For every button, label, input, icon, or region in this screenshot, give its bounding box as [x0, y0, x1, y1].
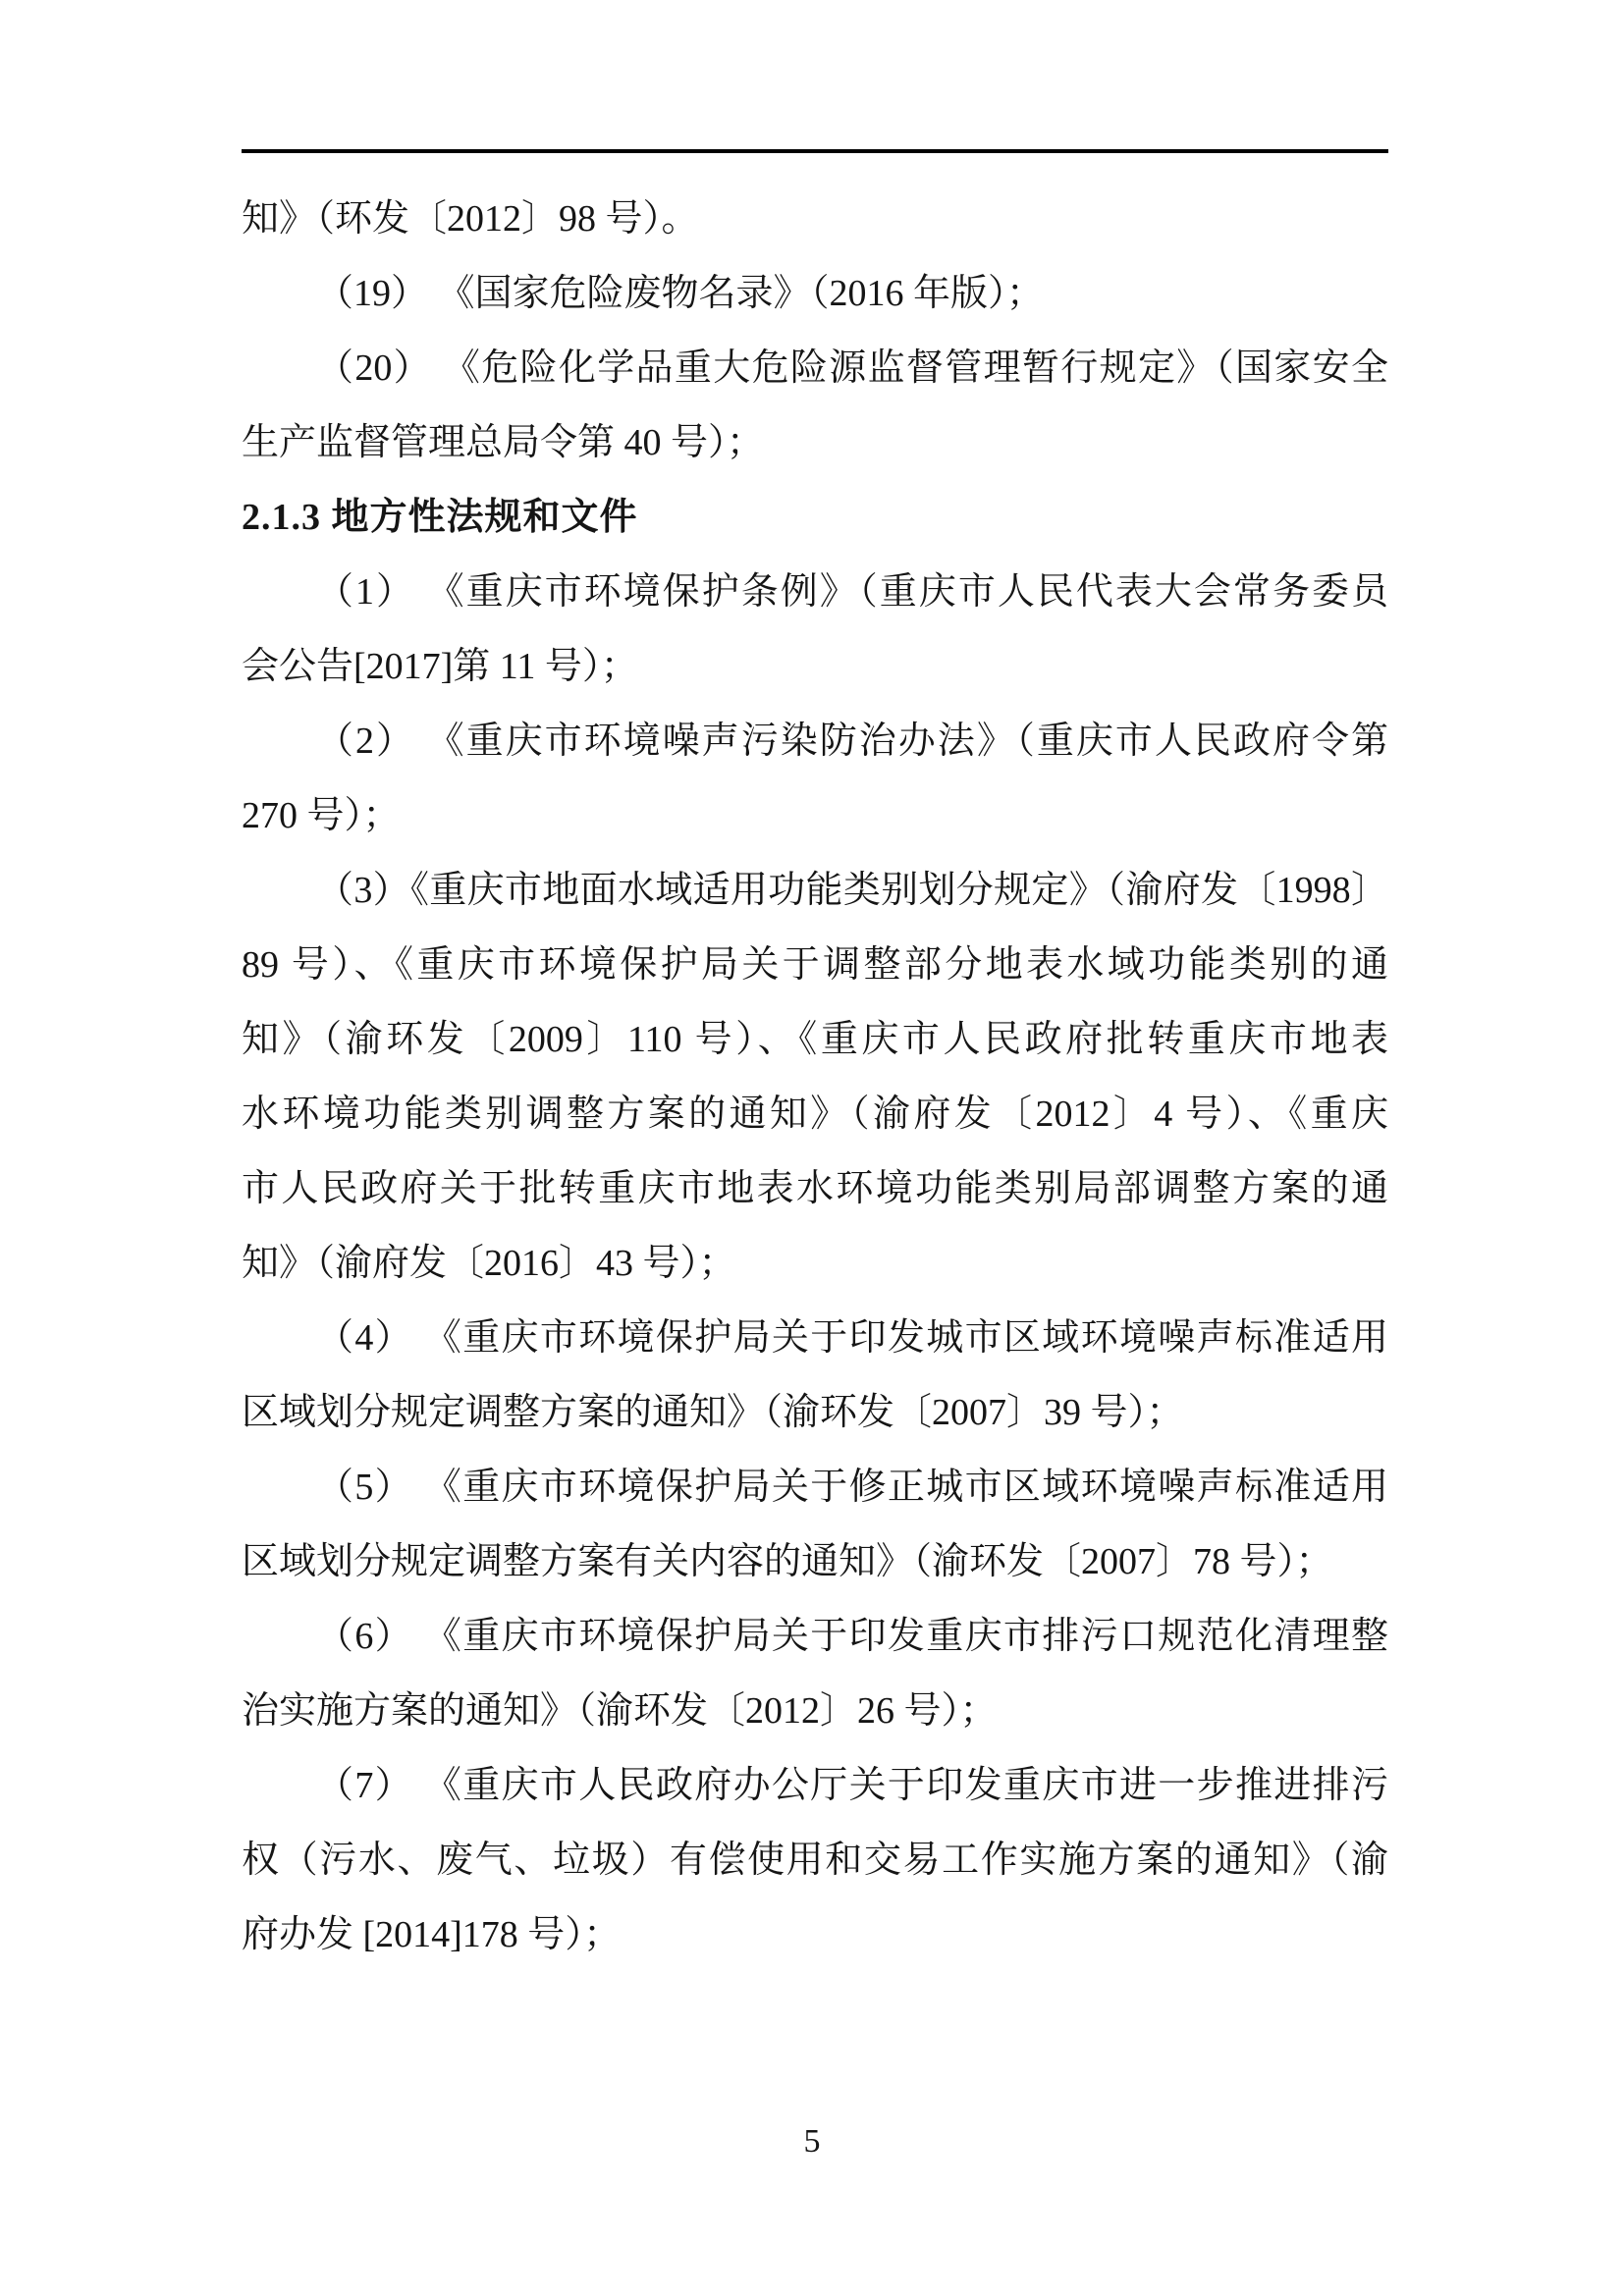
text-line: 知》（环发〔2012〕98 号）。 [242, 182, 1388, 256]
section-heading: 2.1.3 地方性法规和文件 [242, 480, 1388, 555]
text-line: （20） 《危险化学品重大危险源监督管理暂行规定》（国家安全 [242, 331, 1388, 405]
text-line: 区域划分规定调整方案的通知》（渝环发〔2007〕39 号）； [242, 1375, 1388, 1450]
text-line: （3）《重庆市地面水域适用功能类别划分规定》（渝府发〔1998〕 [242, 853, 1388, 928]
text-line: 权（污水、废气、垃圾）有偿使用和交易工作实施方案的通知》（渝 [242, 1823, 1388, 1897]
text-line: 知》（渝府发〔2016〕43 号）； [242, 1226, 1388, 1301]
text-line: （7） 《重庆市人民政府办公厅关于印发重庆市进一步推进排污 [242, 1748, 1388, 1823]
text-line: （2） 《重庆市环境噪声污染防治办法》（重庆市人民政府令第 [242, 704, 1388, 778]
text-line: （19） 《国家危险废物名录》（2016 年版）； [242, 256, 1388, 331]
text-line: 府办发 [2014]178 号）； [242, 1897, 1388, 1972]
text-line: 89 号）、《重庆市环境保护局关于调整部分地表水域功能类别的通 [242, 928, 1388, 1002]
text-line: 270 号）； [242, 778, 1388, 853]
text-line: 知》（渝环发〔2009〕110 号）、《重庆市人民政府批转重庆市地表 [242, 1002, 1388, 1077]
text-line: （4） 《重庆市环境保护局关于印发城市区域环境噪声标准适用 [242, 1301, 1388, 1375]
text-line: 生产监督管理总局令第 40 号）； [242, 405, 1388, 480]
page-number: 5 [0, 2120, 1624, 2163]
document-body: 知》（环发〔2012〕98 号）。（19） 《国家危险废物名录》（2016 年版… [242, 182, 1388, 1972]
document-page: 知》（环发〔2012〕98 号）。（19） 《国家危险废物名录》（2016 年版… [0, 0, 1624, 2296]
text-line: 会公告[2017]第 11 号）； [242, 629, 1388, 704]
text-line: 治实施方案的通知》（渝环发〔2012〕26 号）； [242, 1674, 1388, 1748]
header-rule [242, 149, 1388, 153]
text-line: 水环境功能类别调整方案的通知》（渝府发〔2012〕4 号）、《重庆 [242, 1077, 1388, 1151]
text-line: 市人民政府关于批转重庆市地表水环境功能类别局部调整方案的通 [242, 1151, 1388, 1226]
text-line: （5） 《重庆市环境保护局关于修正城市区域环境噪声标准适用 [242, 1450, 1388, 1524]
text-line: （1） 《重庆市环境保护条例》（重庆市人民代表大会常务委员 [242, 555, 1388, 629]
text-line: 区域划分规定调整方案有关内容的通知》（渝环发〔2007〕78 号）； [242, 1524, 1388, 1599]
text-line: （6） 《重庆市环境保护局关于印发重庆市排污口规范化清理整 [242, 1599, 1388, 1674]
